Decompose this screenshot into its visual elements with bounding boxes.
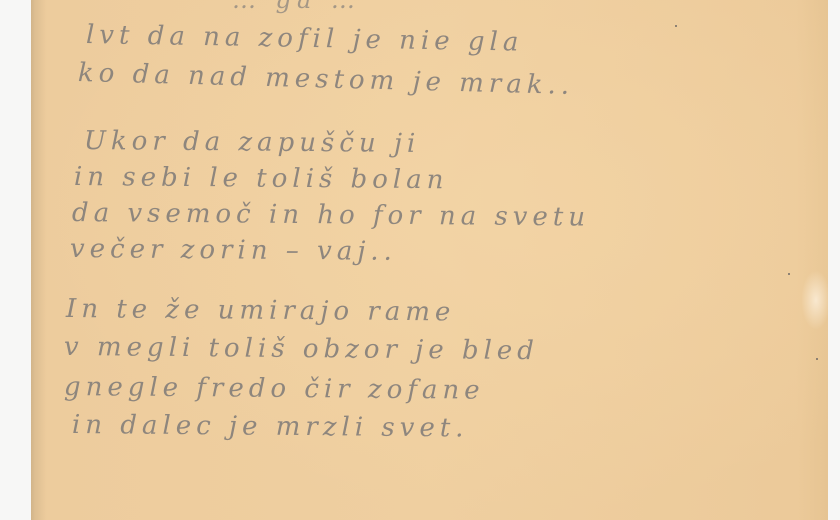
paper-speck [788, 273, 790, 275]
cut-off-top-line: … ga … [232, 0, 361, 14]
stanza-2-line-3: da vsemoč in ho for na svetu [72, 198, 590, 233]
stanza-3-line-4: in dalec je mrzli svet. [72, 410, 469, 443]
stanza-2-line-2: in sebi le toliš bolan [74, 162, 449, 195]
stanza-2-line-1: Ukor da zapušču ji [84, 126, 421, 159]
paper-speck [816, 358, 818, 360]
stanza-3-line-2: v megli toliš obzor je bled [64, 332, 539, 366]
stanza-2-line-4: večer zorin – vaj.. [70, 234, 397, 267]
paper-speck [675, 25, 677, 27]
paper-stain [801, 270, 831, 330]
stanza-3-line-3: gnegle fredo čir zofane [64, 372, 485, 406]
stanza-3-line-1: In te že umirajo rame [66, 294, 456, 327]
